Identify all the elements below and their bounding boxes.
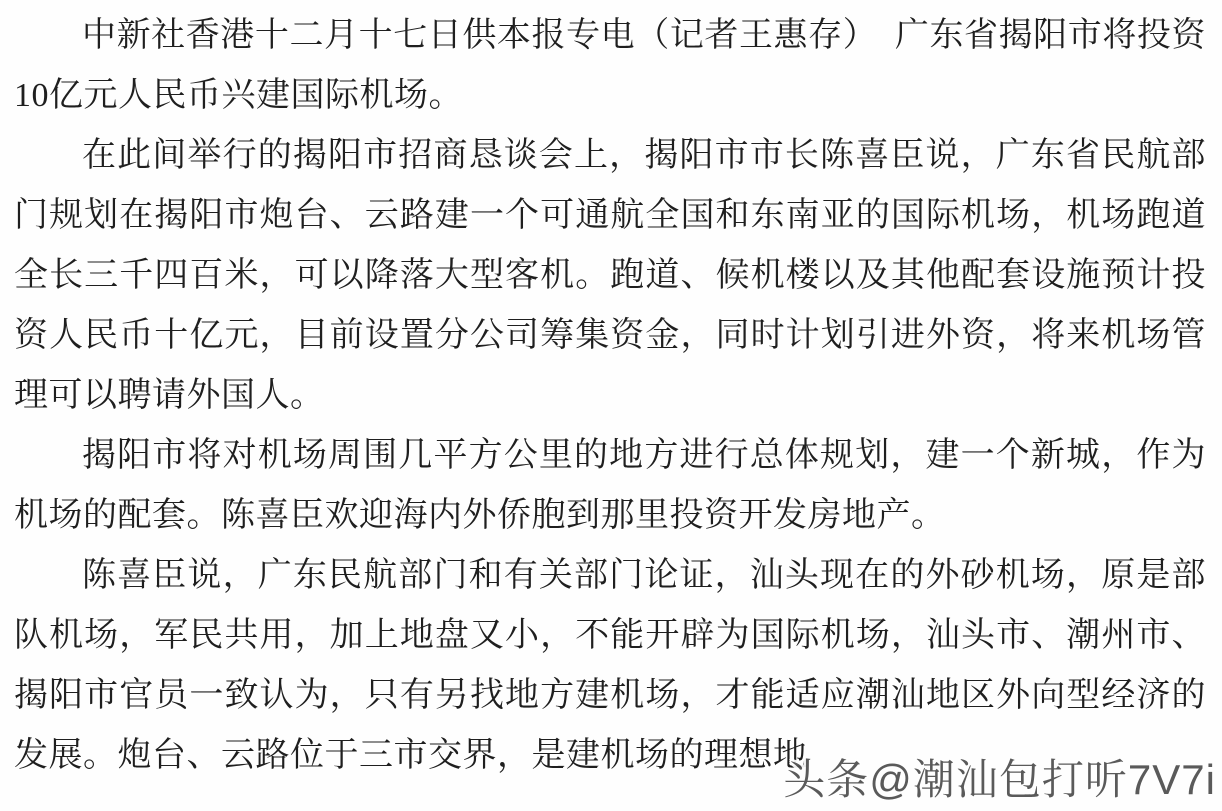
article-paragraph-1: 中新社香港十二月十七日供本报专电（记者王惠存） 广东省揭阳市将投资10亿元人民币… — [14, 6, 1206, 126]
article-body: 中新社香港十二月十七日供本报专电（记者王惠存） 广东省揭阳市将投资10亿元人民币… — [14, 6, 1206, 786]
toutiao-watermark: 头条@潮汕包打听7V7i — [783, 747, 1216, 807]
scanned-article-page: 中新社香港十二月十七日供本报专电（记者王惠存） 广东省揭阳市将投资10亿元人民币… — [0, 0, 1222, 811]
article-paragraph-3: 揭阳市将对机场周围几平方公里的地方进行总体规划，建一个新城，作为机场的配套。陈喜… — [14, 426, 1206, 546]
article-paragraph-2: 在此间举行的揭阳市招商恳谈会上，揭阳市市长陈喜臣说，广东省民航部门规划在揭阳市炮… — [14, 126, 1206, 426]
